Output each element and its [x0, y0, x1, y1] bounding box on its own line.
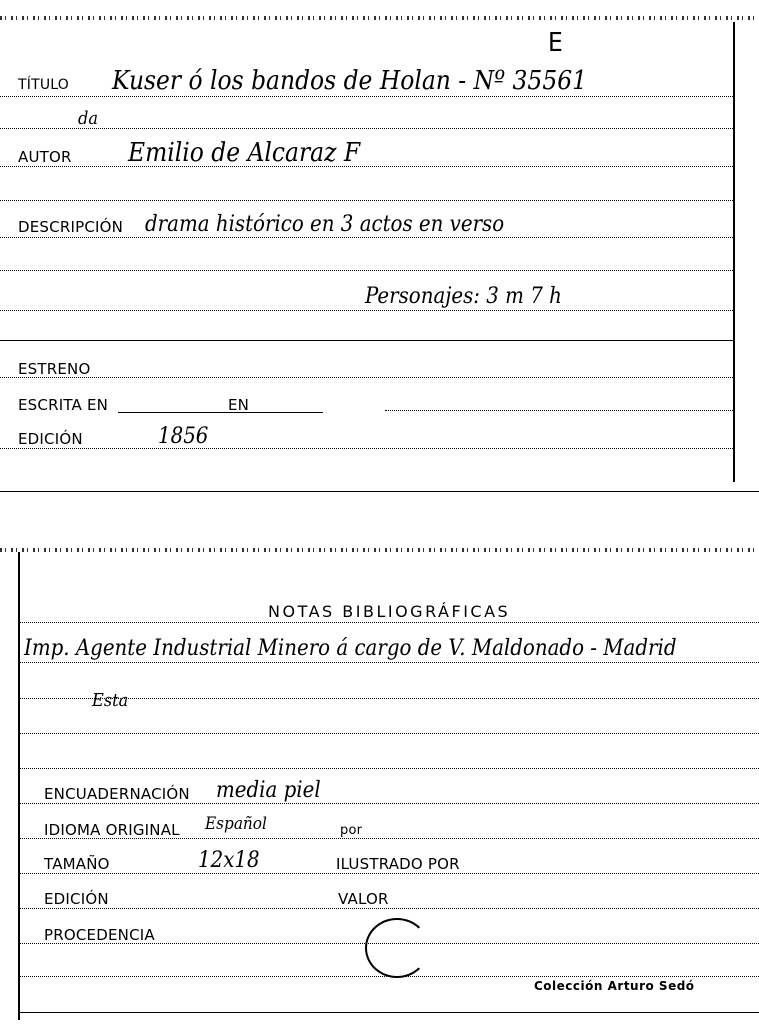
- estreno-label: ESTRENO: [18, 360, 91, 378]
- escrita-en-rule-right: [385, 410, 733, 411]
- tamano-label: TAMAÑO: [44, 855, 110, 873]
- notas-rule-4: [18, 768, 759, 769]
- collection-footer: Colección Arturo Sedó: [534, 979, 695, 993]
- edicion-bottom-rule: [18, 908, 759, 909]
- rule-2: [0, 200, 733, 201]
- encuadernacion-rule: [18, 803, 759, 804]
- descripcion-label: DESCRIPCIÓN: [18, 218, 123, 236]
- autor-annotation: da: [78, 108, 98, 129]
- note-line-2: Esta: [92, 690, 128, 711]
- idioma-value: Español: [205, 814, 267, 834]
- ilustrado-por-label: ILUSTRADO POR: [336, 855, 460, 873]
- notas-rule-3: [18, 733, 759, 734]
- autor-value: Emilio de Alcaraz F: [128, 138, 360, 168]
- catalog-mark: E: [548, 28, 563, 58]
- notas-rule-1: [18, 662, 759, 663]
- titulo-rule: [0, 96, 733, 97]
- titulo-label: TÍTULO: [18, 77, 69, 93]
- rule-3: [0, 270, 733, 271]
- edicion-value: 1856: [158, 424, 208, 449]
- autor-label: AUTOR: [18, 148, 72, 166]
- encuadernacion-label: ENCUADERNACIÓN: [44, 785, 190, 803]
- idioma-por-label: por: [340, 823, 362, 838]
- tamano-rule: [18, 873, 759, 874]
- card-bottom-edge-line: [18, 1012, 759, 1013]
- idioma-rule: [18, 838, 759, 839]
- procedencia-label: PROCEDENCIA: [44, 926, 155, 944]
- escrita-en-rule: [118, 412, 323, 413]
- stamp-mark: [365, 918, 429, 978]
- catalog-card-bottom: NOTAS BIBLIOGRÁFICAS Imp. Agente Industr…: [0, 540, 759, 1028]
- card-top-edge: [0, 16, 759, 20]
- personajes-value: Personajes: 3 m 7 h: [365, 284, 562, 309]
- rule-4: [0, 310, 733, 311]
- rule-5: [0, 340, 733, 341]
- card-top-bottom-edge: [0, 491, 759, 492]
- card-right-border: [733, 22, 735, 482]
- descripcion-value: drama histórico en 3 actos en verso: [145, 212, 504, 237]
- edicion-label: EDICIÓN: [18, 430, 83, 448]
- edicion-rule: [0, 448, 733, 449]
- valor-label: VALOR: [338, 890, 389, 908]
- titulo-value: Kuser ó los bandos de Holan - Nº 35561: [112, 66, 587, 96]
- encuadernacion-value: media piel: [216, 778, 321, 803]
- estreno-rule: [0, 377, 733, 378]
- rule-final: [18, 976, 759, 977]
- autor-rule: [0, 166, 733, 167]
- catalog-card-top: TÍTULO Kuser ó los bandos de Holan - Nº …: [0, 0, 759, 495]
- note-line-1: Imp. Agente Industrial Minero á cargo de…: [24, 636, 677, 661]
- tamano-value: 12x18: [198, 848, 260, 873]
- rule-1: [0, 128, 733, 129]
- idioma-label: IDIOMA ORIGINAL: [44, 821, 180, 839]
- escrita-en-label: ESCRITA EN: [18, 396, 108, 414]
- procedencia-rule: [18, 943, 759, 944]
- edicion-bottom-label: EDICIÓN: [44, 890, 109, 908]
- notas-rule-0: [18, 622, 759, 623]
- notas-rule-2: [18, 698, 759, 699]
- notas-heading: NOTAS BIBLIOGRÁFICAS: [268, 602, 510, 621]
- card-bottom-edge: [0, 548, 759, 552]
- descripcion-rule: [0, 237, 733, 238]
